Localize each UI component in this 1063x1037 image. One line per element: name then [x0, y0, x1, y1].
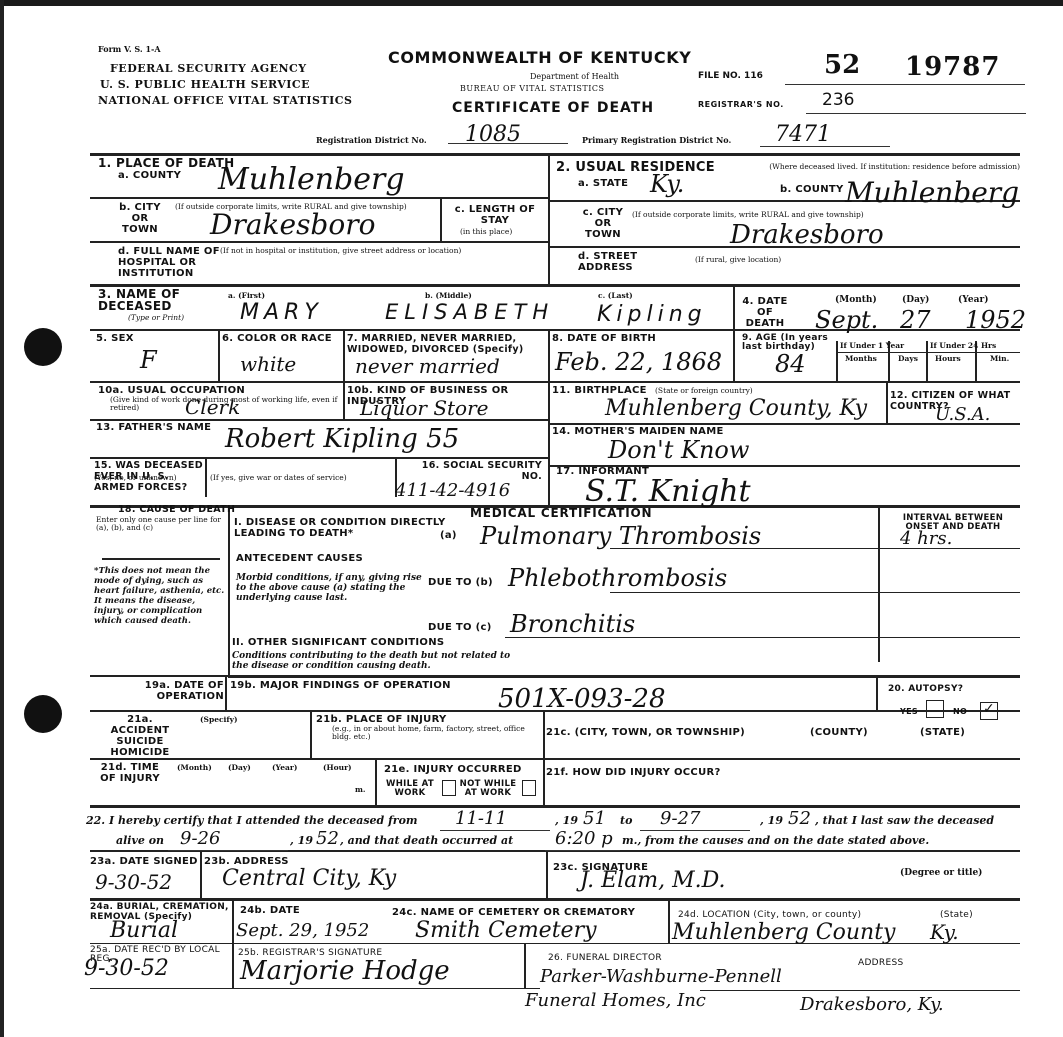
- injury-city-label: 21c. (CITY, TOWN, OR TOWNSHIP): [546, 727, 745, 738]
- days-label: Days: [898, 355, 918, 363]
- divider: [440, 197, 442, 241]
- state-title: COMMONWEALTH OF KENTUCKY: [388, 48, 691, 67]
- occupation-value[interactable]: Clerk: [185, 395, 240, 419]
- dod-label: 4. DATE OF DEATH: [740, 296, 790, 329]
- divider: [548, 155, 550, 285]
- punch-hole-top: [24, 328, 62, 366]
- cause-a-marker: (a): [440, 530, 457, 541]
- length-of-stay-label: c. LENGTH OF STAY: [445, 204, 545, 226]
- divider: [90, 241, 548, 243]
- divider: [876, 675, 878, 711]
- business-value[interactable]: Liquor Store: [360, 396, 489, 420]
- hospital-note: (If not in hospital or institution, give…: [220, 247, 540, 255]
- middle-name-label: b. (Middle): [425, 292, 472, 300]
- antecedent-label: ANTECEDENT CAUSES: [236, 553, 363, 564]
- dod-year-value[interactable]: 1952: [965, 306, 1026, 334]
- file-no-value: 19787: [905, 52, 1000, 82]
- attended-from-date[interactable]: 11-11: [455, 808, 507, 829]
- interval-value[interactable]: 4 hrs.: [900, 528, 952, 549]
- file-no-year: 52: [824, 50, 860, 80]
- cause-footnote: *This does not mean the mode of dying, s…: [94, 566, 226, 626]
- divider: [926, 341, 928, 381]
- agency-line-1: FEDERAL SECURITY AGENCY: [110, 62, 307, 75]
- cause-c-value[interactable]: Bronchitis: [510, 610, 635, 638]
- bureau-label: BUREAU OF VITAL STATISTICS: [460, 84, 604, 93]
- divider: [228, 675, 1020, 678]
- burial-date-label: 24b. DATE: [240, 905, 300, 916]
- injury-county-label: (COUNTY): [810, 727, 868, 738]
- checkmark-icon: ✓: [983, 701, 995, 717]
- death-time[interactable]: 6:20 p: [555, 828, 613, 849]
- not-while-at-work-checkbox[interactable]: [522, 780, 536, 796]
- location-state-value[interactable]: Ky.: [930, 920, 959, 944]
- dob-label: 8. DATE OF BIRTH: [552, 333, 656, 344]
- divider: [218, 329, 220, 381]
- registrar-signature[interactable]: Marjorie Hodge: [240, 956, 450, 986]
- citizen-value[interactable]: U.S.A.: [935, 404, 990, 425]
- to-year-prefix: , 19: [760, 816, 783, 826]
- race-label: 6. COLOR OR RACE: [222, 333, 332, 344]
- res-county-value[interactable]: Muhlenberg: [845, 176, 1019, 209]
- autopsy-no-checkbox[interactable]: ✓: [980, 702, 998, 720]
- department-label: Department of Health: [530, 72, 619, 81]
- informant-value[interactable]: S.T. Knight: [585, 474, 751, 509]
- divider: [90, 284, 1020, 287]
- operation-findings-label: 19b. MAJOR FINDINGS OF OPERATION: [230, 680, 451, 691]
- sex-label: 5. SEX: [96, 333, 134, 344]
- to-label: to: [620, 816, 632, 826]
- alive-year[interactable]: 52: [316, 828, 339, 849]
- cause-c-marker: DUE TO (c): [428, 622, 492, 633]
- divider: [90, 805, 1020, 808]
- under-24-hrs-label: If Under 24 Hrs: [930, 342, 1020, 350]
- cemetery-value[interactable]: Smith Cemetery: [415, 918, 597, 943]
- autopsy-no-label: NO: [953, 706, 967, 717]
- cause-of-death-label: 18. CAUSE OF DEATH: [118, 504, 235, 515]
- date-received-value[interactable]: 9-30-52: [84, 956, 169, 981]
- divider: [343, 381, 345, 419]
- dod-day-label: (Day): [902, 296, 929, 304]
- length-of-stay-note: (in this place): [460, 228, 512, 236]
- time-of-injury-label: 21d. TIME OF INJURY: [100, 762, 160, 784]
- antecedent-note: Morbid conditions, if any, giving rise t…: [236, 573, 426, 603]
- last-name-label: c. (Last): [598, 292, 633, 300]
- reg-district-label: Registration District No.: [316, 135, 427, 145]
- divider: [343, 329, 345, 381]
- cert-text-3: , and that death occurred at: [340, 836, 513, 846]
- while-at-work-checkbox[interactable]: [442, 780, 456, 796]
- location-value[interactable]: Muhlenberg County: [672, 920, 895, 945]
- file-no-prefix: FILE NO. 116: [698, 71, 763, 81]
- first-name-value[interactable]: MARY: [240, 300, 323, 325]
- funeral-director-label: 26. FUNERAL DIRECTOR: [548, 953, 662, 964]
- residence-note: (Where deceased lived. If institution: r…: [760, 163, 1020, 171]
- other-conditions-note: Conditions contributing to the death but…: [232, 651, 512, 671]
- father-label: 13. FATHER'S NAME: [96, 422, 211, 433]
- from-year-prefix: , 19: [555, 816, 578, 826]
- primary-reg-value: 7471: [775, 122, 831, 147]
- hours-label: Hours: [935, 355, 961, 363]
- cause-a-value[interactable]: Pulmonary Thrombosis: [480, 522, 761, 550]
- form-number: Form V. S. 1-A: [98, 44, 161, 54]
- while-at-work-label: WHILE AT WORK: [380, 780, 440, 798]
- divider: [668, 898, 670, 943]
- funeral-director-value-2[interactable]: Funeral Homes, Inc: [525, 990, 706, 1011]
- birthplace-label: 11. BIRTHPLACE: [552, 385, 647, 396]
- injury-state-label: (STATE): [920, 727, 965, 738]
- sex-value[interactable]: F: [140, 346, 157, 374]
- birthplace-note: (State or foreign country): [655, 387, 753, 395]
- primary-reg-underline: [760, 146, 890, 147]
- address-value[interactable]: Central City, Ky: [222, 866, 396, 891]
- funeral-address-value[interactable]: Drakesboro, Ky.: [800, 994, 944, 1015]
- registrar-no-label: REGISTRAR'S NO.: [698, 100, 784, 109]
- physician-signature[interactable]: J. Elam, M.D.: [580, 868, 726, 893]
- county-label: a. COUNTY: [118, 170, 181, 181]
- divider: [836, 341, 838, 381]
- divider: [90, 381, 1020, 383]
- cemetery-label: 24c. NAME OF CEMETERY OR CREMATORY: [392, 907, 635, 918]
- res-state-label: a. STATE: [578, 178, 628, 189]
- marital-label: 7. MARRIED, NEVER MARRIED, WIDOWED, DIVO…: [347, 333, 547, 355]
- armed-note-1: (Yes, no, or unknown): [94, 474, 177, 482]
- date-signed-value[interactable]: 9-30-52: [95, 870, 172, 894]
- cert-text-2: , that I last saw the deceased: [815, 816, 994, 826]
- divider: [878, 507, 880, 662]
- res-city-value[interactable]: Drakesboro: [730, 220, 884, 250]
- agency-line-3: NATIONAL OFFICE VITAL STATISTICS: [98, 94, 353, 107]
- primary-reg-label: Primary Registration District No.: [582, 135, 731, 145]
- first-name-label: a. (First): [228, 292, 265, 300]
- alive-on-date[interactable]: 9-26: [180, 828, 220, 849]
- file-no-label: FILE NO. 116: [698, 70, 763, 81]
- divider: [225, 675, 227, 711]
- county-value[interactable]: Muhlenberg: [218, 162, 405, 197]
- middle-name-value[interactable]: ELISABETH: [385, 300, 554, 324]
- file-no-underline: [785, 84, 1025, 85]
- res-street-note: (If rural, give location): [695, 256, 781, 264]
- res-state-value[interactable]: Ky.: [650, 170, 684, 198]
- res-city-note: (If outside corporate limits, write RURA…: [632, 211, 1022, 219]
- scan-top-edge: [0, 0, 1063, 6]
- residence-title: 2. USUAL RESIDENCE: [556, 162, 715, 173]
- how-injury-label: 21f. HOW DID INJURY OCCUR?: [546, 767, 721, 778]
- father-value[interactable]: Robert Kipling 55: [225, 424, 459, 454]
- degree-label: (Degree or title): [900, 869, 982, 877]
- cause-note: Enter only one cause per line for (a), (…: [96, 516, 226, 532]
- race-value[interactable]: white: [240, 352, 296, 376]
- cause-b-value[interactable]: Phlebothrombosis: [508, 564, 727, 592]
- certificate-title: CERTIFICATE OF DEATH: [452, 100, 654, 116]
- agency-line-2: U. S. PUBLIC HEALTH SERVICE: [100, 78, 310, 91]
- alive-underline: [168, 850, 288, 851]
- registrar-no-value: 236: [822, 90, 854, 110]
- divider: [546, 850, 548, 900]
- dob-value[interactable]: Feb. 22, 1868: [555, 348, 722, 376]
- cause-separator: [102, 558, 220, 560]
- time-underline: [545, 850, 620, 851]
- alive-year-prefix: , 19: [290, 836, 313, 846]
- divider: [886, 381, 888, 423]
- to-underline: [640, 830, 750, 831]
- age-value[interactable]: 84: [775, 350, 806, 378]
- injury-occurred-label: 21e. INJURY OCCURRED: [384, 764, 522, 775]
- accident-specify: (Specify): [200, 716, 238, 724]
- res-county-label: b. COUNTY: [780, 184, 844, 195]
- reg-district-underline: [448, 143, 568, 144]
- divider: [524, 943, 526, 988]
- attended-to-year[interactable]: 52: [788, 808, 811, 829]
- autopsy-label: 20. AUTOPSY?: [888, 684, 963, 695]
- dod-month-label: (Month): [835, 296, 877, 304]
- injury-hour-label: (Hour): [323, 764, 352, 772]
- divider: [90, 197, 548, 199]
- marital-value[interactable]: never married: [355, 354, 500, 378]
- divider: [90, 675, 230, 677]
- birthplace-value[interactable]: Muhlenberg County, Ky: [605, 396, 867, 421]
- divider: [90, 758, 1020, 760]
- divider: [310, 710, 312, 758]
- place-of-death-title: 1. PLACE OF DEATH: [98, 158, 234, 169]
- divider: [700, 990, 1020, 991]
- divider: [90, 988, 540, 989]
- other-conditions-label: II. OTHER SIGNIFICANT CONDITIONS: [232, 637, 444, 648]
- attended-from-year[interactable]: 51: [583, 808, 606, 829]
- divider: [228, 507, 230, 675]
- dod-month-value[interactable]: Sept.: [815, 306, 878, 334]
- funeral-director-value-1[interactable]: Parker-Washburne-Pennell: [540, 966, 782, 987]
- from-underline: [440, 830, 550, 831]
- ssn-value[interactable]: 411-42-4916: [395, 480, 510, 501]
- not-while-at-work-label: NOT WHILE AT WORK: [456, 780, 520, 798]
- city-label: b. CITY OR TOWN: [115, 202, 165, 235]
- min-label: Min.: [990, 355, 1009, 363]
- res-city-label: c. CITY OR TOWN: [578, 207, 628, 240]
- dod-day-value[interactable]: 27: [900, 306, 931, 334]
- registrar-no-underline: [806, 113, 1026, 114]
- operation-date-label: 19a. DATE OF OPERATION: [94, 680, 224, 702]
- injury-m-label: m.: [355, 786, 366, 794]
- cert-text-1: 22. I hereby certify that I attended the…: [86, 816, 418, 826]
- armed-note-2: (If yes, give war or dates of service): [210, 474, 347, 482]
- divider: [90, 329, 1020, 331]
- dod-year-label: (Year): [958, 296, 988, 304]
- place-of-injury-note: (e.g., in or about home, farm, factory, …: [332, 725, 542, 741]
- injury-day-label: (Day): [228, 764, 251, 772]
- scan-left-edge: [0, 0, 4, 1037]
- autopsy-yes-checkbox[interactable]: [926, 700, 944, 718]
- city-value[interactable]: Drakesboro: [210, 208, 375, 241]
- divider: [548, 329, 550, 507]
- cause-b-marker: DUE TO (b): [428, 577, 493, 588]
- punch-hole-bottom: [24, 695, 62, 733]
- divider: [610, 592, 1020, 593]
- medical-title: MEDICAL CERTIFICATION: [470, 508, 652, 519]
- funeral-address-label: ADDRESS: [858, 958, 903, 969]
- date-signed-label: 23a. DATE SIGNED: [90, 856, 198, 867]
- divider: [200, 850, 202, 900]
- res-street-label: d. STREET ADDRESS: [578, 251, 638, 273]
- last-name-value[interactable]: Kipling: [597, 302, 707, 327]
- injury-month-label: (Month): [177, 764, 212, 772]
- divider: [90, 457, 548, 459]
- mother-value[interactable]: Don't Know: [608, 436, 749, 464]
- injury-year-label: (Year): [272, 764, 297, 772]
- divider: [375, 758, 377, 805]
- burial-value[interactable]: Burial: [110, 918, 178, 943]
- alive-on-label: alive on: [116, 836, 164, 846]
- divider: [836, 352, 1020, 353]
- burial-date-value[interactable]: Sept. 29, 1952: [236, 920, 369, 941]
- ssn-label: 16. SOCIAL SECURITY NO.: [400, 460, 542, 482]
- divider: [733, 286, 735, 382]
- under-1-year-label: If Under 1 Year: [840, 342, 926, 350]
- divider: [90, 898, 1020, 901]
- attended-to-date[interactable]: 9-27: [660, 808, 700, 829]
- accident-label: 21a. ACCIDENT SUICIDE HOMICIDE: [100, 714, 180, 758]
- name-label: 3. NAME OF DECEASED: [98, 288, 218, 312]
- autopsy-yes-label: YES: [900, 706, 918, 717]
- disease-label: I. DISEASE OR CONDITION DIRECTLY LEADING…: [234, 517, 454, 539]
- months-label: Months: [845, 355, 877, 363]
- cert-text-4: m., from the causes and on the date stat…: [622, 836, 929, 846]
- name-note: (Type or Print): [128, 314, 184, 322]
- hospital-label: d. FULL NAME OF HOSPITAL OR INSTITUTION: [118, 246, 228, 279]
- operation-code[interactable]: 501X-093-28: [498, 684, 666, 714]
